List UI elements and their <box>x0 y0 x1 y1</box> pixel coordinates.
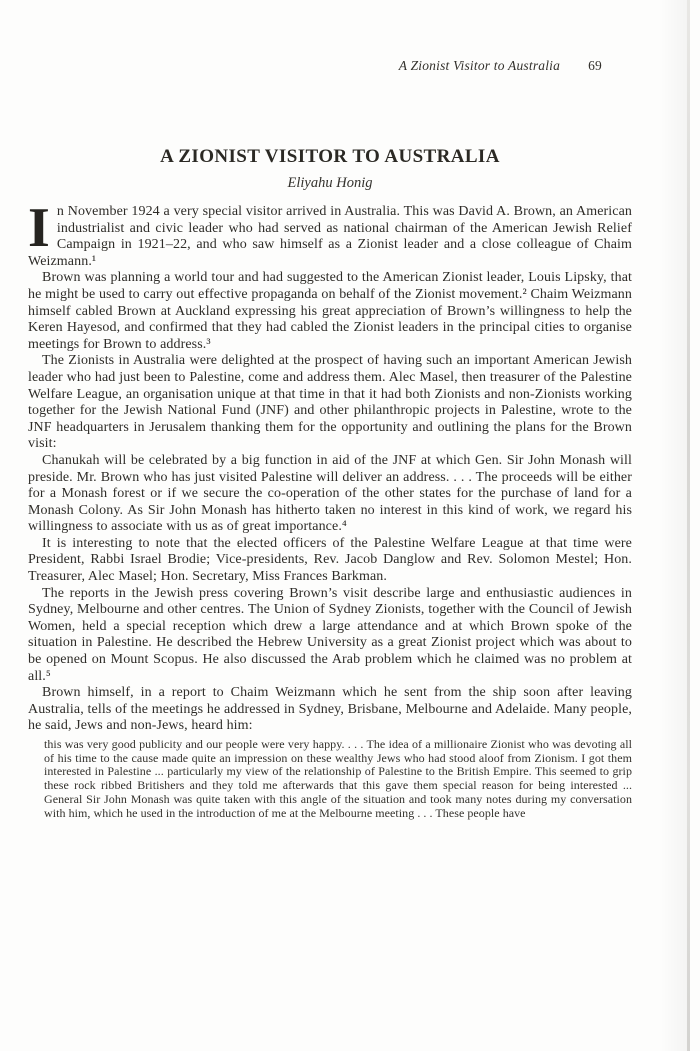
page-number: 69 <box>588 58 602 74</box>
blockquote-chanukah: Chanukah will be celebrated by a big fun… <box>28 453 632 536</box>
paragraph-zionists-australia: The Zionists in Australia were delighted… <box>28 353 632 453</box>
article-author: Eliyahu Honig <box>28 175 632 192</box>
scan-edge-shadow <box>660 0 687 1051</box>
paragraph-press-reports: The reports in the Jewish press covering… <box>28 586 632 686</box>
paragraph-brown-report: Brown himself, in a report to Chaim Weiz… <box>28 685 632 735</box>
paragraph-elected-officers: It is interesting to note that the elect… <box>28 536 632 586</box>
article-title: A ZIONIST VISITOR TO AUSTRALIA <box>28 146 632 168</box>
paragraph-world-tour: Brown was planning a world tour and had … <box>28 270 632 353</box>
paragraph-intro: In November 1924 a very special visitor … <box>28 204 632 270</box>
running-header: A Zionist Visitor to Australia 69 <box>28 58 602 74</box>
running-header-title: A Zionist Visitor to Australia <box>399 58 560 74</box>
drop-cap: I <box>28 204 57 252</box>
scan-edge-line <box>687 0 690 1051</box>
paragraph-intro-text: n November 1924 a very special visitor a… <box>28 204 632 269</box>
blockquote-brown-letter: this was very good publicity and our peo… <box>44 738 632 820</box>
document-page: A Zionist Visitor to Australia 69 A ZION… <box>0 0 700 1051</box>
article-body: In November 1924 a very special visitor … <box>28 204 632 820</box>
